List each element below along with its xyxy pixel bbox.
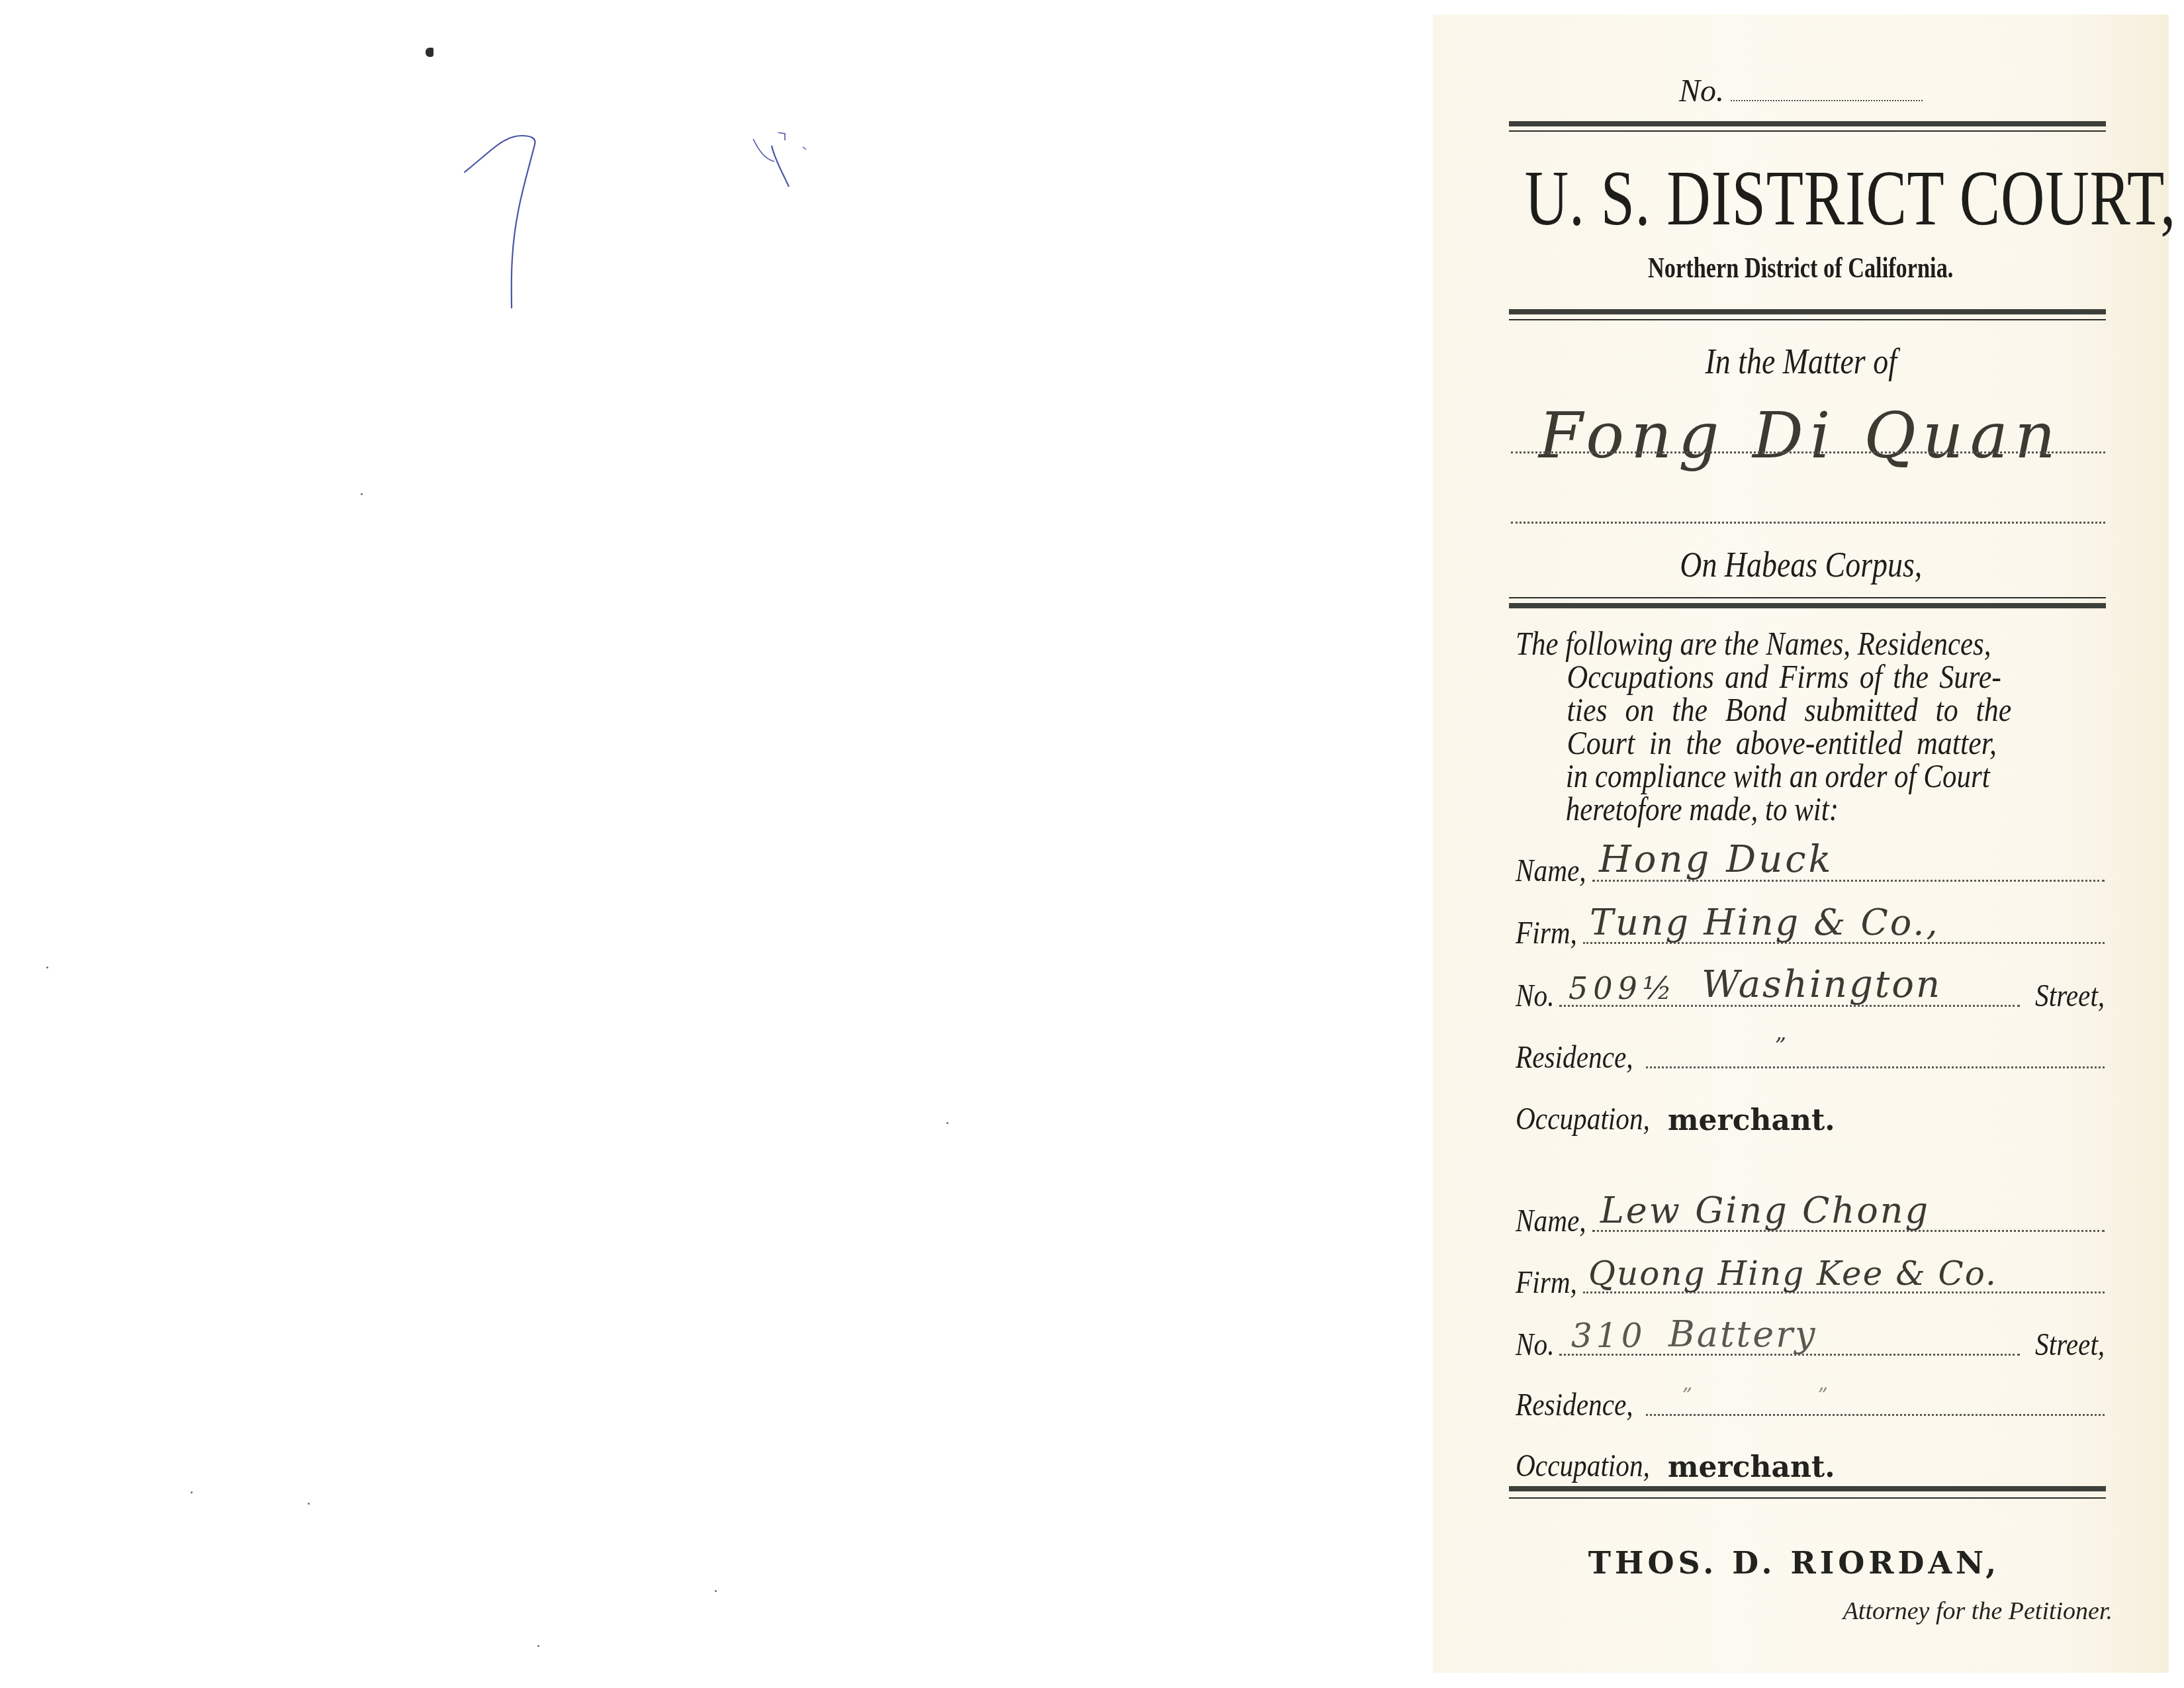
- firm-label: Firm,: [1516, 1267, 1577, 1299]
- residence-label: Residence,: [1516, 1042, 1633, 1074]
- street-label: Street,: [2035, 980, 2105, 1012]
- blank-left-page: [0, 0, 1430, 1688]
- matter-heading: In the Matter of: [1433, 341, 2169, 382]
- petitioner-name-line: [1511, 451, 2105, 453]
- attorney-role: Attorney for the Petitioner.: [1843, 1597, 2113, 1626]
- name-label: Name,: [1516, 855, 1586, 887]
- surety-1-firm-row: Firm, Tung Hing & Co.,: [1516, 910, 2105, 949]
- firm-label: Firm,: [1516, 917, 1577, 949]
- court-title: U. S. DISTRICT COURT,: [1433, 154, 2169, 244]
- residence-label: Residence,: [1516, 1389, 1633, 1421]
- number-label: No.: [1516, 980, 1554, 1012]
- surety-1-occupation-row: Occupation, merchant.: [1516, 1096, 2105, 1135]
- surety-1-residence-row: Residence, ”: [1516, 1034, 2105, 1074]
- street-label: Street,: [2035, 1329, 2105, 1361]
- surety-1-occupation-value: merchant.: [1668, 1106, 1835, 1135]
- surety-2-occupation-row: Occupation, merchant.: [1516, 1442, 2105, 1482]
- surety-1-name-value: Hong Duck: [1599, 838, 1834, 881]
- paper-speck: [46, 966, 48, 968]
- preamble-line: Court in the above-entitled matter,: [1516, 726, 2031, 759]
- petitioner-name-line-2: [1511, 522, 2105, 524]
- surety-1-name-row: Name, Hong Duck: [1516, 847, 2105, 887]
- surety-1-number-value: 509½: [1569, 970, 1677, 1006]
- surety-2-residence-field: ” ”: [1646, 1387, 2105, 1416]
- double-rule-4: [1509, 1486, 2106, 1499]
- court-form-document: No. U. S. DISTRICT COURT, Northern Distr…: [1433, 15, 2169, 1673]
- paper-speck: [715, 1590, 717, 1592]
- surety-1-firm-value: Tung Hing & Co.,: [1590, 902, 1940, 943]
- surety-1-residence-value: ”: [1775, 1033, 1786, 1060]
- pencil-numeral-4-mark: [748, 132, 814, 199]
- preamble-line: Occupations and Firms of the Sure-: [1516, 660, 2031, 693]
- case-number-label: No.: [1679, 73, 1724, 109]
- surety-2-firm-field: Quong Hing Kee & Co.: [1583, 1265, 2105, 1293]
- number-label: No.: [1516, 1329, 1554, 1361]
- petitioner-name-handwritten: Fong Di Quan: [1539, 399, 2062, 473]
- surety-1-name-field: Hong Duck: [1592, 853, 2105, 882]
- surety-2-name-value: Lew Ging Chong: [1600, 1190, 1930, 1231]
- double-rule-1: [1509, 121, 2106, 132]
- double-rule-2: [1509, 309, 2106, 321]
- surety-2-firm-value: Quong Hing Kee & Co.: [1588, 1254, 1997, 1293]
- case-number-blank: [1731, 100, 1923, 101]
- surety-2-name-field: Lew Ging Chong: [1592, 1203, 2105, 1232]
- surety-1-address-row: No. 509½ Washington Street,: [1516, 972, 2105, 1012]
- surety-preamble: The following are the Names, Residences,…: [1516, 627, 2101, 825]
- occupation-label: Occupation,: [1516, 1103, 1650, 1135]
- ink-smudge: [426, 48, 433, 57]
- surety-2-address-row: No. 310 Battery Street,: [1516, 1321, 2105, 1361]
- paper-speck: [946, 1122, 948, 1124]
- surety-2-number-value: 310: [1571, 1317, 1646, 1355]
- surety-2-street-value: Battery: [1668, 1313, 1817, 1355]
- surety-2-name-row: Name, Lew Ging Chong: [1516, 1197, 2105, 1237]
- preamble-line: ties on the Bond submitted to the: [1516, 693, 2031, 726]
- surety-2-residence-row: Residence, ” ”: [1516, 1382, 2105, 1421]
- case-number-field: No.: [1433, 73, 2169, 109]
- proceeding-type: On Habeas Corpus,: [1433, 544, 2169, 585]
- surety-1-residence-field: ”: [1646, 1040, 2105, 1068]
- paper-speck: [308, 1503, 310, 1505]
- surety-2-residence-value: ” ”: [1682, 1384, 1888, 1407]
- name-label: Name,: [1516, 1205, 1586, 1237]
- preamble-line: The following are the Names, Residences,: [1516, 627, 2019, 660]
- surety-1-street-value: Washington: [1702, 963, 1942, 1006]
- surety-2-occupation-value: merchant.: [1668, 1453, 1835, 1482]
- district-subtitle: Northern District of California.: [1433, 251, 2169, 285]
- surety-1-address-field: 509½ Washington: [1559, 978, 2020, 1007]
- surety-1-firm-field: Tung Hing & Co.,: [1583, 915, 2105, 944]
- surety-2-address-field: 310 Battery: [1559, 1327, 2020, 1356]
- paper-speck: [191, 1491, 193, 1493]
- double-rule-3: [1509, 597, 2106, 610]
- preamble-line: heretofore made, to wit:: [1516, 792, 2019, 825]
- occupation-label: Occupation,: [1516, 1450, 1650, 1482]
- preamble-line: in compliance with an order of Court: [1516, 759, 2019, 792]
- attorney-name: THOS. D. RIORDAN,: [1433, 1545, 2169, 1581]
- surety-2-firm-row: Firm, Quong Hing Kee & Co.: [1516, 1259, 2105, 1299]
- pencil-numeral-7-mark: [463, 106, 543, 311]
- paper-speck: [361, 493, 363, 495]
- paper-speck: [537, 1645, 539, 1647]
